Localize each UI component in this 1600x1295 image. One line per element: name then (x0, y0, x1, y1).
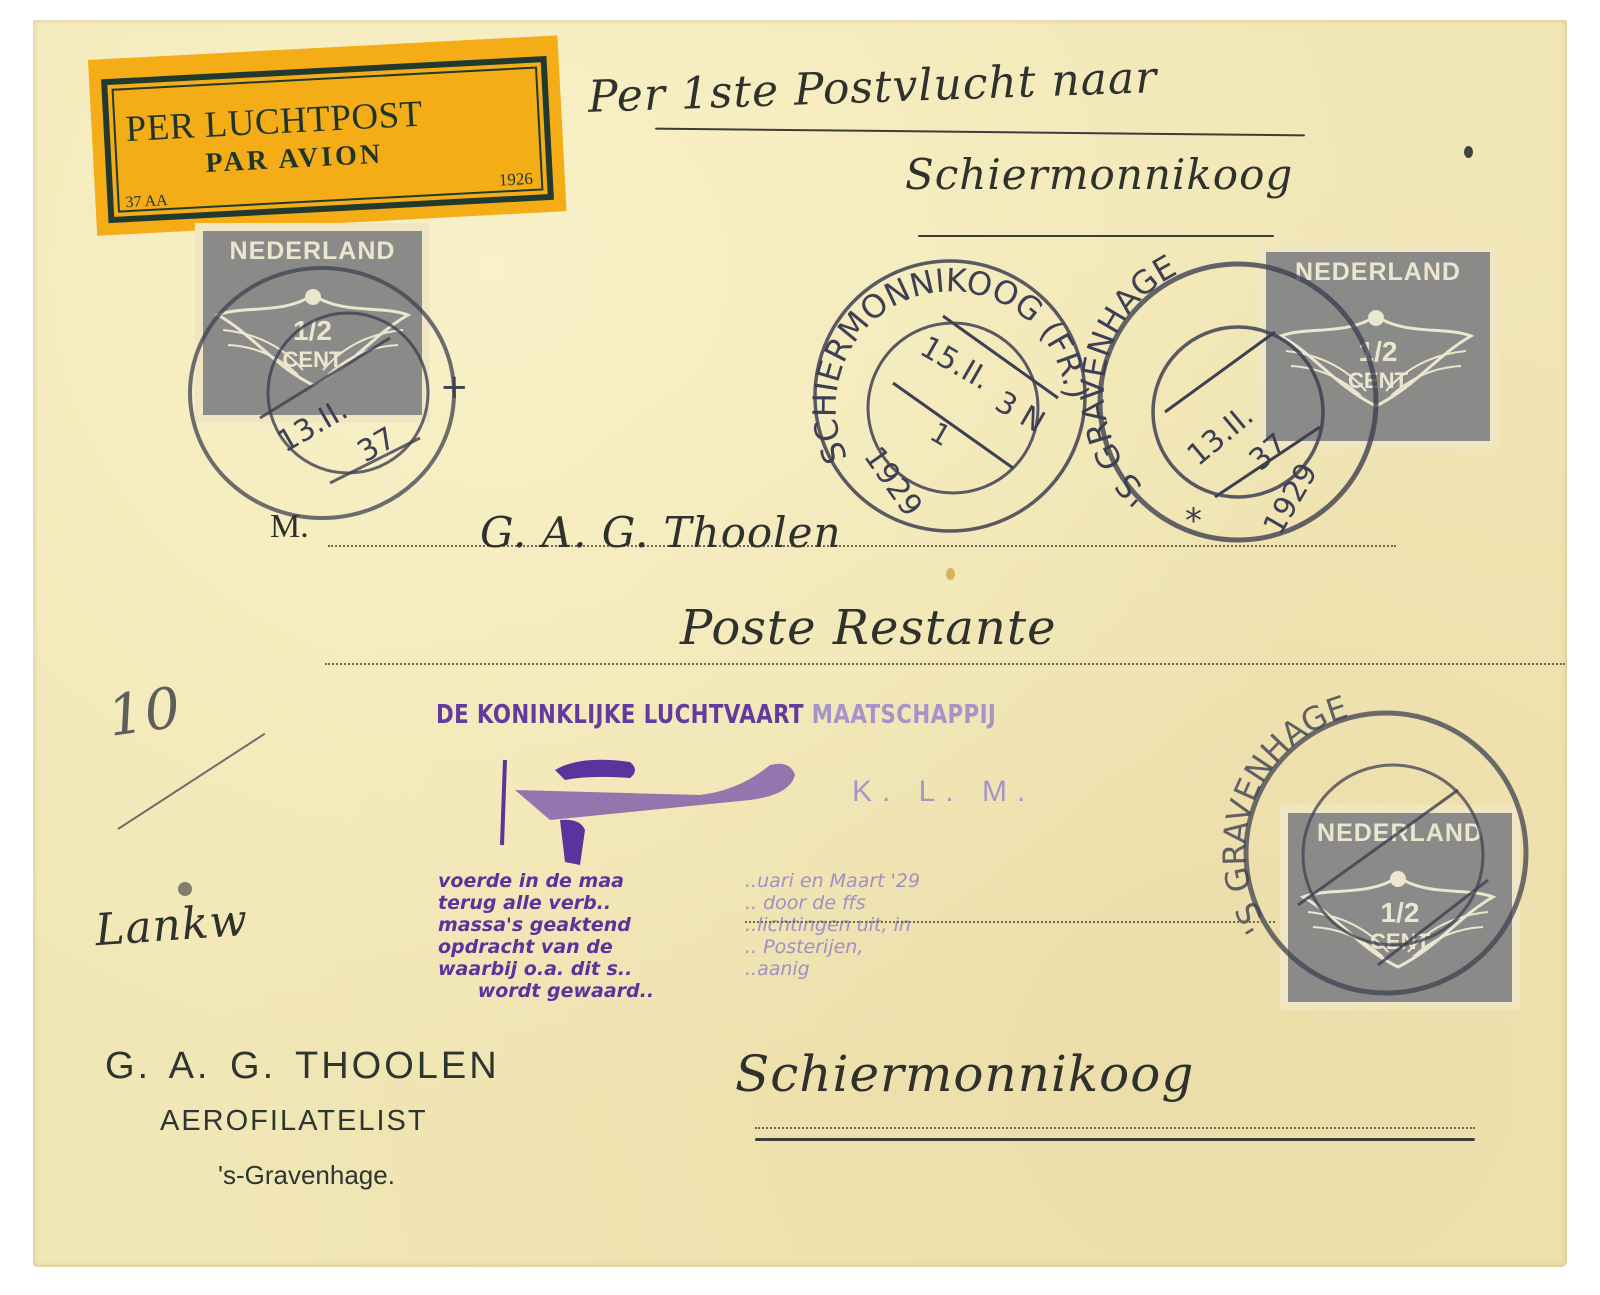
address-line-3 (745, 921, 1275, 923)
label-year: 1926 (498, 169, 533, 191)
stamp-country: NEDERLAND (1288, 819, 1512, 848)
addressee: G. A. G. Thoolen (480, 508, 842, 557)
destination: Schiermonnikoog (735, 1045, 1194, 1103)
label-ref: 37 AA (125, 192, 168, 212)
sender-role: AEROFILATELIST (160, 1105, 428, 1138)
stamp-3: NEDERLAND 1/2 CENT (1280, 805, 1520, 1010)
address-line-4 (755, 1127, 1475, 1129)
stamp-unit: CENT (1288, 929, 1512, 955)
label-border: PER LUCHTPOST PAR AVION 1926 37 AA (101, 56, 554, 223)
cachet-title-faded: MAATSCHAPPIJ (812, 700, 996, 730)
cachet-title: DE KONINKLIJKE LUCHTVAART MAATSCHAPPIJ (436, 700, 996, 730)
cachet-abbrev: K. L. M. (852, 775, 1035, 809)
airplane-icon (490, 750, 830, 870)
stamp-value: 1/2 (1288, 897, 1512, 929)
stamp-value: 1/2 (203, 315, 422, 347)
salutation: M. (270, 508, 309, 546)
stamp-face: NEDERLAND 1/2 CENT (1266, 252, 1490, 441)
destination-prefix: Lankw (93, 895, 249, 957)
stamp-country: NEDERLAND (203, 237, 422, 266)
stamp-unit: CENT (203, 347, 422, 373)
stamp-face: NEDERLAND 1/2 CENT (1288, 813, 1512, 1002)
routing-line2: Schiermonnikoog (905, 150, 1293, 199)
cachet-title-strong: DE KONINKLIJKE LUCHTVAART (436, 700, 804, 730)
ink-spot (1464, 146, 1473, 158)
destination-underline (755, 1138, 1475, 1141)
stamp-unit: CENT (1266, 368, 1490, 394)
airmail-label: PER LUCHTPOST PAR AVION 1926 37 AA (88, 35, 567, 235)
routing-line2-underline (918, 235, 1274, 237)
address-line2-text: Poste Restante (680, 600, 1057, 656)
stamp-2: NEDERLAND 1/2 CENT (1258, 244, 1498, 449)
sender-city: 's-Gravenhage. (218, 1160, 395, 1191)
ink-blot (178, 882, 192, 896)
pencil-note: 10 (104, 675, 186, 750)
sender-name: G. A. G. THOOLEN (105, 1045, 500, 1088)
foxing-spot (946, 568, 955, 580)
stamp-face: NEDERLAND 1/2 CENT (203, 231, 422, 415)
cachet-text-right: ..uari en Maart '29 .. door de ffs ..lic… (745, 870, 920, 980)
cachet-text-left: voerde in de maa terug alle verb.. massa… (438, 870, 654, 1002)
stamp-value: 1/2 (1266, 336, 1490, 368)
address-line-2 (325, 663, 1565, 665)
stamp-1: NEDERLAND 1/2 CENT (195, 223, 430, 423)
label-inner-border: PER LUCHTPOST PAR AVION 1926 37 AA (112, 67, 544, 213)
stamp-country: NEDERLAND (1266, 258, 1490, 287)
